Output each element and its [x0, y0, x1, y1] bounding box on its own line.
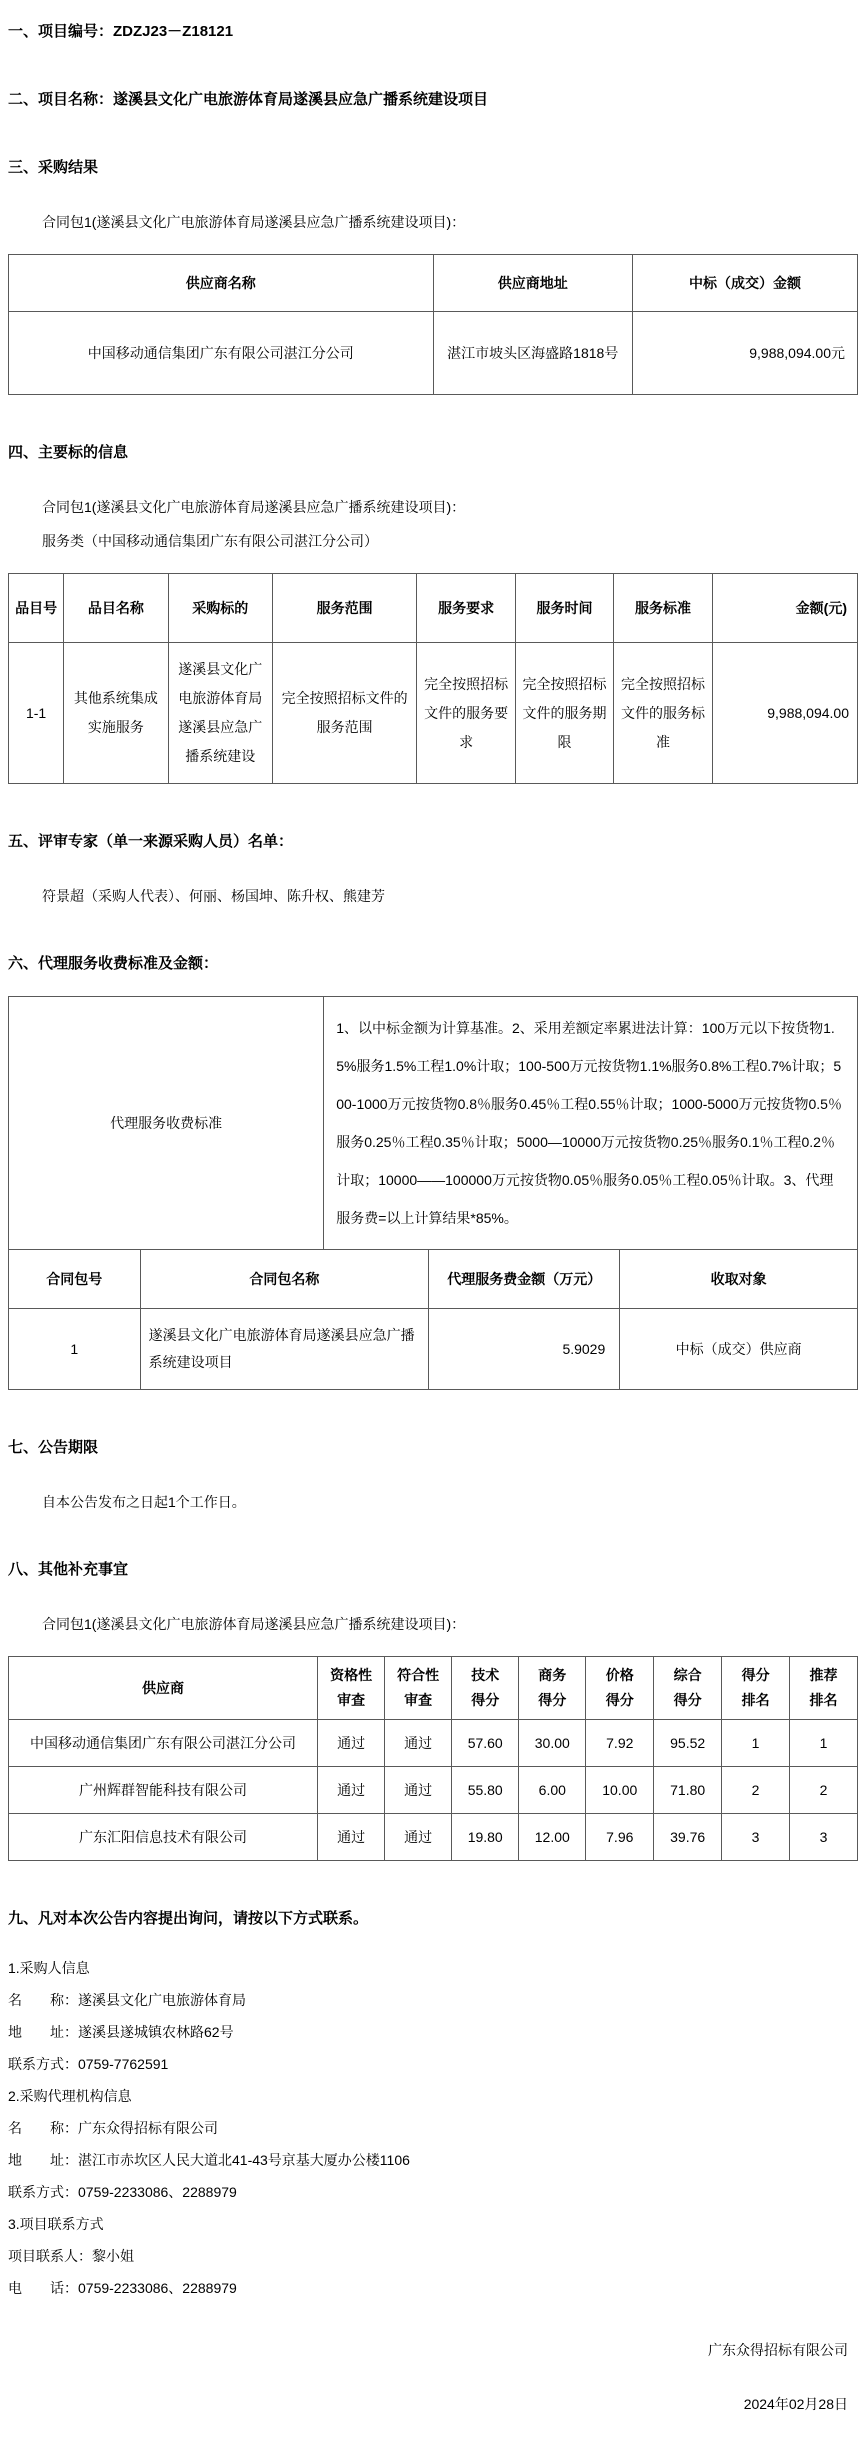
col-agency-fee: 代理服务费金额（万元）: [429, 1250, 620, 1309]
item-no-cell: 1-1: [9, 643, 64, 784]
col-service-standard: 服务标准: [614, 574, 712, 643]
technical-score-cell: 19.80: [452, 1814, 519, 1861]
section-4-category-line: 服务类（中国移动通信集团广东有限公司湛江分公司）: [42, 531, 858, 551]
contact-info: 1.采购人信息 名 称：遂溪县文化广电旅游体育局 地 址：遂溪县遂城镇农林路62…: [8, 1959, 858, 2298]
purchaser-name: 名 称：遂溪县文化广电旅游体育局: [8, 1991, 858, 2010]
col-supplier: 供应商: [9, 1657, 318, 1720]
total-score-cell: 39.76: [654, 1814, 722, 1861]
section-2-project-name: 二、项目名称：遂溪县文化广电旅游体育局遂溪县应急广播系统建设项目: [8, 90, 858, 110]
col-conformity-review: 符合性 审查: [385, 1657, 452, 1720]
price-score-cell: 7.92: [586, 1720, 654, 1767]
section-3-package-line: 合同包1(遂溪县文化广电旅游体育局遂溪县应急广播系统建设项目)：: [42, 212, 858, 232]
business-score-cell: 12.00: [519, 1814, 586, 1861]
supplier-cell: 中国移动通信集团广东有限公司湛江分公司: [9, 1720, 318, 1767]
recommend-rank-cell: 2: [790, 1767, 858, 1814]
col-recommend-rank: 推荐 排名: [790, 1657, 858, 1720]
score-rank-cell: 3: [722, 1814, 790, 1861]
service-scope-cell: 完全按照招标文件的服务范围: [273, 643, 417, 784]
table-row: 1-1 其他系统集成实施服务 遂溪县文化广电旅游体育局遂溪县应急广播系统建设 完…: [9, 643, 858, 784]
expert-names: 符景超（采购人代表）、何丽、杨国坤、陈升权、熊建芳: [42, 886, 858, 906]
fee-standard-text: 1、以中标金额为计算基准。2、采用差额定率累进法计算：100万元以下按货物1.5…: [324, 997, 858, 1250]
col-service-time: 服务时间: [515, 574, 613, 643]
supplier-cell: 广州辉群智能科技有限公司: [9, 1767, 318, 1814]
section-8-heading: 八、其他补充事宜: [8, 1560, 858, 1580]
table-row: 广州辉群智能科技有限公司 通过 通过 55.80 6.00 10.00 71.8…: [9, 1767, 858, 1814]
table-row: 中国移动通信集团广东有限公司湛江分公司 湛江市坡头区海盛路1818号 9,988…: [9, 312, 858, 395]
total-score-cell: 95.52: [654, 1720, 722, 1767]
subject-info-table: 品目号 品目名称 采购标的 服务范围 服务要求 服务时间 服务标准 金额(元) …: [8, 573, 858, 784]
agency-address: 地 址：湛江市赤坎区人民大道北41-43号京基大厦办公楼1106: [8, 2151, 858, 2170]
section-3-heading: 三、采购结果: [8, 158, 858, 178]
total-score-cell: 71.80: [654, 1767, 722, 1814]
conformity-cell: 通过: [385, 1814, 452, 1861]
col-charge-target: 收取对象: [620, 1250, 858, 1309]
project-phone: 电 话：0759-2233086、2288979: [8, 2279, 858, 2298]
project-contact-title: 3.项目联系方式: [8, 2215, 858, 2234]
award-amount-cell: 9,988,094.00元: [633, 312, 858, 395]
qualification-cell: 通过: [318, 1767, 385, 1814]
col-award-amount: 中标（成交）金额: [633, 255, 858, 312]
col-score-rank: 得分 排名: [722, 1657, 790, 1720]
col-supplier-name: 供应商名称: [9, 255, 434, 312]
conformity-cell: 通过: [385, 1720, 452, 1767]
price-score-cell: 7.96: [586, 1814, 654, 1861]
technical-score-cell: 57.60: [452, 1720, 519, 1767]
charge-target-cell: 中标（成交）供应商: [620, 1309, 858, 1390]
table-header-row: 供应商 资格性 审查 符合性 审查 技术 得分 商务 得分 价格 得分 综合 得…: [9, 1657, 858, 1720]
recommend-rank-cell: 1: [790, 1720, 858, 1767]
col-price-score: 价格 得分: [586, 1657, 654, 1720]
service-requirement-cell: 完全按照招标文件的服务要求: [417, 643, 515, 784]
fee-standard-label: 代理服务收费标准: [9, 997, 324, 1250]
business-score-cell: 6.00: [519, 1767, 586, 1814]
procurement-subject-cell: 遂溪县文化广电旅游体育局遂溪县应急广播系统建设: [168, 643, 272, 784]
technical-score-cell: 55.80: [452, 1767, 519, 1814]
agency-contact: 联系方式：0759-2233086、2288979: [8, 2183, 858, 2202]
purchaser-address: 地 址：遂溪县遂城镇农林路62号: [8, 2023, 858, 2042]
project-contact-person: 项目联系人：黎小姐: [8, 2247, 858, 2266]
section-8-package-line: 合同包1(遂溪县文化广电旅游体育局遂溪县应急广播系统建设项目)：: [42, 1614, 858, 1634]
supplier-score-table: 供应商 资格性 审查 符合性 审查 技术 得分 商务 得分 价格 得分 综合 得…: [8, 1656, 858, 1861]
service-time-cell: 完全按照招标文件的服务期限: [515, 643, 613, 784]
col-package-name: 合同包名称: [140, 1250, 429, 1309]
qualification-cell: 通过: [318, 1720, 385, 1767]
table-row: 1 遂溪县文化广电旅游体育局遂溪县应急广播系统建设项目 5.9029 中标（成交…: [9, 1309, 858, 1390]
business-score-cell: 30.00: [519, 1720, 586, 1767]
footer: 广东众得招标有限公司 2024年02月28日: [8, 2340, 858, 2414]
section-9-heading: 九、凡对本次公告内容提出询问，请按以下方式联系。: [8, 1909, 858, 1929]
col-amount-yuan: 金额(元): [712, 574, 857, 643]
agency-fee-standard-table: 代理服务收费标准 1、以中标金额为计算基准。2、采用差额定率累进法计算：100万…: [8, 996, 858, 1250]
agency-fee-amount-table: 合同包号 合同包名称 代理服务费金额（万元） 收取对象 1 遂溪县文化广电旅游体…: [8, 1249, 858, 1390]
table-row: 中国移动通信集团广东有限公司湛江分公司 通过 通过 57.60 30.00 7.…: [9, 1720, 858, 1767]
procurement-result-table: 供应商名称 供应商地址 中标（成交）金额 中国移动通信集团广东有限公司湛江分公司…: [8, 254, 858, 395]
agency-name: 名 称：广东众得招标有限公司: [8, 2119, 858, 2138]
table-row: 广东汇阳信息技术有限公司 通过 通过 19.80 12.00 7.96 39.7…: [9, 1814, 858, 1861]
col-total-score: 综合 得分: [654, 1657, 722, 1720]
col-qualification-review: 资格性 审查: [318, 1657, 385, 1720]
item-name-cell: 其他系统集成实施服务: [64, 643, 168, 784]
purchaser-info-title: 1.采购人信息: [8, 1959, 858, 1978]
announcement-period-text: 自本公告发布之日起1个工作日。: [42, 1492, 858, 1512]
amount-cell: 9,988,094.00: [712, 643, 857, 784]
col-item-name: 品目名称: [64, 574, 168, 643]
col-item-no: 品目号: [9, 574, 64, 643]
package-no-cell: 1: [9, 1309, 141, 1390]
agency-fee-cell: 5.9029: [429, 1309, 620, 1390]
qualification-cell: 通过: [318, 1814, 385, 1861]
footer-company: 广东众得招标有限公司: [8, 2340, 848, 2360]
agency-info-title: 2.采购代理机构信息: [8, 2087, 858, 2106]
conformity-cell: 通过: [385, 1767, 452, 1814]
table-header-row: 供应商名称 供应商地址 中标（成交）金额: [9, 255, 858, 312]
announcement-page: 一、项目编号：ZDZJ23－Z18121 二、项目名称：遂溪县文化广电旅游体育局…: [0, 0, 866, 2440]
section-4-package-line: 合同包1(遂溪县文化广电旅游体育局遂溪县应急广播系统建设项目)：: [42, 497, 858, 517]
col-procurement-subject: 采购标的: [168, 574, 272, 643]
footer-date: 2024年02月28日: [8, 2394, 848, 2414]
price-score-cell: 10.00: [586, 1767, 654, 1814]
col-service-scope: 服务范围: [273, 574, 417, 643]
service-standard-cell: 完全按照招标文件的服务标准: [614, 643, 712, 784]
package-name-cell: 遂溪县文化广电旅游体育局遂溪县应急广播系统建设项目: [140, 1309, 429, 1390]
score-rank-cell: 1: [722, 1720, 790, 1767]
recommend-rank-cell: 3: [790, 1814, 858, 1861]
purchaser-contact: 联系方式：0759-7762591: [8, 2055, 858, 2074]
col-service-requirement: 服务要求: [417, 574, 515, 643]
section-1-project-number: 一、项目编号：ZDZJ23－Z18121: [8, 22, 858, 42]
supplier-cell: 广东汇阳信息技术有限公司: [9, 1814, 318, 1861]
col-technical-score: 技术 得分: [452, 1657, 519, 1720]
supplier-address-cell: 湛江市坡头区海盛路1818号: [433, 312, 633, 395]
col-package-no: 合同包号: [9, 1250, 141, 1309]
supplier-name-cell: 中国移动通信集团广东有限公司湛江分公司: [9, 312, 434, 395]
section-7-heading: 七、公告期限: [8, 1438, 858, 1458]
section-5-heading: 五、评审专家（单一来源采购人员）名单：: [8, 832, 858, 852]
table-header-row: 合同包号 合同包名称 代理服务费金额（万元） 收取对象: [9, 1250, 858, 1309]
section-4-heading: 四、主要标的信息: [8, 443, 858, 463]
score-rank-cell: 2: [722, 1767, 790, 1814]
col-business-score: 商务 得分: [519, 1657, 586, 1720]
col-supplier-address: 供应商地址: [433, 255, 633, 312]
section-6-heading: 六、代理服务收费标准及金额：: [8, 954, 858, 974]
table-header-row: 品目号 品目名称 采购标的 服务范围 服务要求 服务时间 服务标准 金额(元): [9, 574, 858, 643]
fee-standard-row: 代理服务收费标准 1、以中标金额为计算基准。2、采用差额定率累进法计算：100万…: [9, 997, 858, 1250]
